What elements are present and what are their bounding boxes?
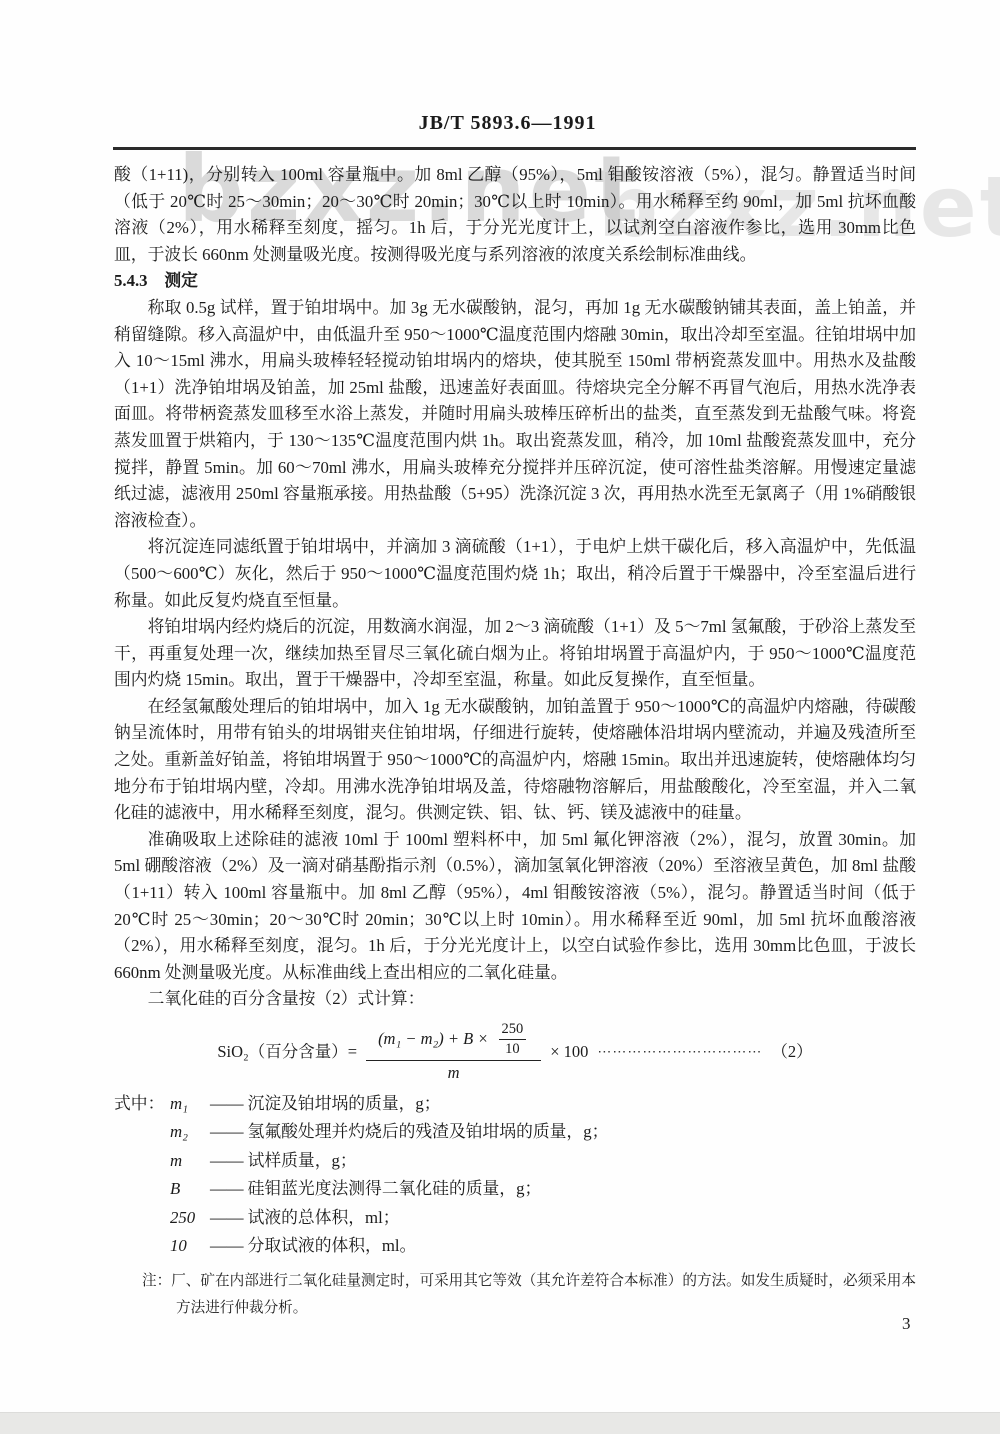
procedure-paragraph-4: 在经氢氟酸处理后的铂坩埚中，加入 1g 无水碳酸钠，加铂盖置于 950～1000…	[114, 694, 916, 827]
procedure-paragraph-2: 将沉淀连同滤纸置于铂坩埚中，并滴加 3 滴硫酸（1+1），于电炉上烘干碳化后，移…	[114, 534, 916, 614]
definition-symbol: m₂	[170, 1118, 210, 1146]
definition-row: 250 —— 试液的总体积，ml；	[114, 1204, 916, 1232]
definition-row: m —— 试样质量，g；	[114, 1147, 916, 1175]
footnote: 注：厂、矿在内部进行二氧化硅量测定时，可采用其它等效（其允许差符合本标准）的方法…	[114, 1268, 916, 1322]
procedure-paragraph-3: 将铂坩埚内经灼烧后的沉淀，用数滴水润湿，加 2～3 滴硫酸（1+1）及 5～7m…	[114, 614, 916, 694]
formula-equation: SiO₂（百分含量）= (m₁ − m₂) + B × 250 10 m × 1…	[114, 1021, 916, 1084]
definition-row: 10 —— 分取试液的体积，ml。	[114, 1232, 916, 1260]
definition-row: m₂ —— 氢氟酸处理并灼烧后的残渣及铂坩埚的质量，g；	[114, 1118, 916, 1146]
definition-dash: ——	[210, 1232, 248, 1260]
formula-intro: 二氧化硅的百分含量按（2）式计算：	[114, 986, 916, 1013]
definition-symbol: m₁	[170, 1090, 210, 1118]
header-rule	[113, 147, 916, 150]
definition-text: 硅钼蓝光度法测得二氧化硅的质量，g；	[248, 1175, 542, 1203]
formula-multiplier: × 100	[550, 1042, 588, 1063]
definition-dash: ——	[210, 1204, 248, 1232]
section-heading: 5.4.3 测定	[114, 268, 916, 295]
procedure-paragraph-5: 准确吸取上述除硅的滤液 10ml 于 100ml 塑料杯中，加 5ml 氟化钾溶…	[114, 827, 916, 987]
definition-symbol: 10	[170, 1232, 210, 1260]
symbol-definitions: 式中： m₁ —— 沉淀及铂坩埚的质量，g； m₂ —— 氢氟酸处理并灼烧后的残…	[114, 1090, 916, 1260]
where-label: 式中：	[114, 1090, 170, 1118]
definition-text: 试液的总体积，ml；	[248, 1204, 400, 1232]
formula-numerator-terms: (m₁ − m₂) + B ×	[378, 1029, 488, 1050]
page-number: 3	[902, 1314, 911, 1334]
formula-inner-denominator: 10	[499, 1039, 526, 1058]
definition-symbol: B	[170, 1175, 210, 1203]
definition-dash: ——	[210, 1147, 248, 1175]
formula-lhs: SiO₂（百分含量）=	[217, 1042, 357, 1063]
bottom-scan-edge	[0, 1412, 1000, 1434]
procedure-paragraph-1: 称取 0.5g 试样，置于铂坩埚中。加 3g 无水碳酸钠，混匀，再加 1g 无水…	[114, 295, 916, 534]
page-container: bzxz.net bzxz.net JB/T 5893.6—1991 酸（1+1…	[0, 0, 1000, 1434]
formula-fraction: (m₁ − m₂) + B × 250 10 m	[366, 1021, 541, 1084]
definition-symbol: 250	[170, 1204, 210, 1232]
definition-text: 氢氟酸处理并灼烧后的残渣及铂坩埚的质量，g；	[248, 1118, 609, 1146]
formula-inner-numerator: 250	[495, 1021, 529, 1039]
definition-row: B —— 硅钼蓝光度法测得二氧化硅的质量，g；	[114, 1175, 916, 1203]
definition-dash: ——	[210, 1090, 248, 1118]
definition-row: 式中： m₁ —— 沉淀及铂坩埚的质量，g；	[114, 1090, 916, 1118]
definition-dash: ——	[210, 1175, 248, 1203]
definition-text: 试样质量，g；	[248, 1147, 357, 1175]
document-body: 酸（1+11)，分别转入 100ml 容量瓶中。加 8ml 乙醇（95%），5m…	[114, 162, 916, 1322]
definition-symbol: m	[170, 1147, 210, 1175]
standard-number-header: JB/T 5893.6—1991	[100, 112, 915, 135]
formula-numerator: (m₁ − m₂) + B × 250 10	[366, 1021, 541, 1061]
formula-dot-leaders: ⋯⋯⋯⋯⋯⋯⋯⋯⋯⋯⋯	[597, 1044, 762, 1062]
definition-dash: ——	[210, 1118, 248, 1146]
definition-text: 沉淀及铂坩埚的质量，g；	[248, 1090, 441, 1118]
formula-equation-number: （2）	[771, 1042, 812, 1063]
formula-denominator: m	[448, 1061, 460, 1084]
continuation-paragraph: 酸（1+11)，分别转入 100ml 容量瓶中。加 8ml 乙醇（95%），5m…	[114, 162, 916, 268]
formula-inner-fraction: 250 10	[495, 1021, 529, 1057]
definition-text: 分取试液的体积，ml。	[248, 1232, 417, 1260]
